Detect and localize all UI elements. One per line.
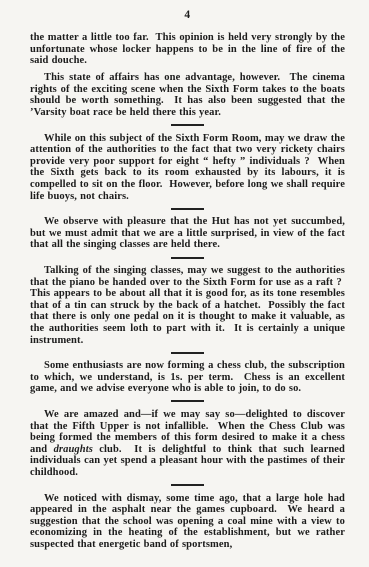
paragraph-text: the matter a little too far. This opinio… — [30, 32, 345, 66]
paragraph: This state of affairs has one advantage,… — [30, 72, 345, 118]
paragraph: We observe with pleasure that the Hut ha… — [30, 216, 345, 251]
paragraph: While on this subject of the Sixth Form … — [30, 133, 345, 203]
section-divider-rule — [171, 257, 204, 259]
paragraph-text: Some enthusiasts are now forming a chess… — [30, 360, 345, 394]
section-divider-rule — [171, 352, 204, 354]
page-body: the matter a little too far. This opinio… — [30, 32, 345, 550]
paragraph: We are amazed and—if we may say so—delig… — [30, 409, 345, 479]
paragraph: Talking of the singing classes, may we s… — [30, 265, 345, 346]
paragraph: Some enthusiasts are now forming a chess… — [30, 360, 345, 395]
paragraph-text: Talking of the singing classes, may we s… — [30, 265, 345, 346]
paragraph-text: This state of affairs has one advantage,… — [30, 72, 345, 118]
page-number: 4 — [184, 9, 190, 21]
document-page: 4 the matter a little too far. This opin… — [0, 0, 369, 567]
section-divider-rule — [171, 484, 204, 486]
paragraph: We noticed with dismay, some time ago, t… — [30, 493, 345, 551]
paragraph: the matter a little too far. This opinio… — [30, 32, 345, 67]
section-divider-rule — [171, 124, 204, 126]
page-header: 4 — [30, 5, 345, 23]
paragraph-text: We observe with pleasure that the Hut ha… — [30, 216, 345, 250]
paragraph-text: We noticed with dismay, some time ago, t… — [30, 493, 345, 550]
paragraph-text-italic: draughts — [54, 444, 93, 455]
paragraph-text: While on this subject of the Sixth Form … — [30, 133, 345, 202]
section-divider-rule — [171, 400, 204, 402]
section-divider-rule — [171, 208, 204, 210]
